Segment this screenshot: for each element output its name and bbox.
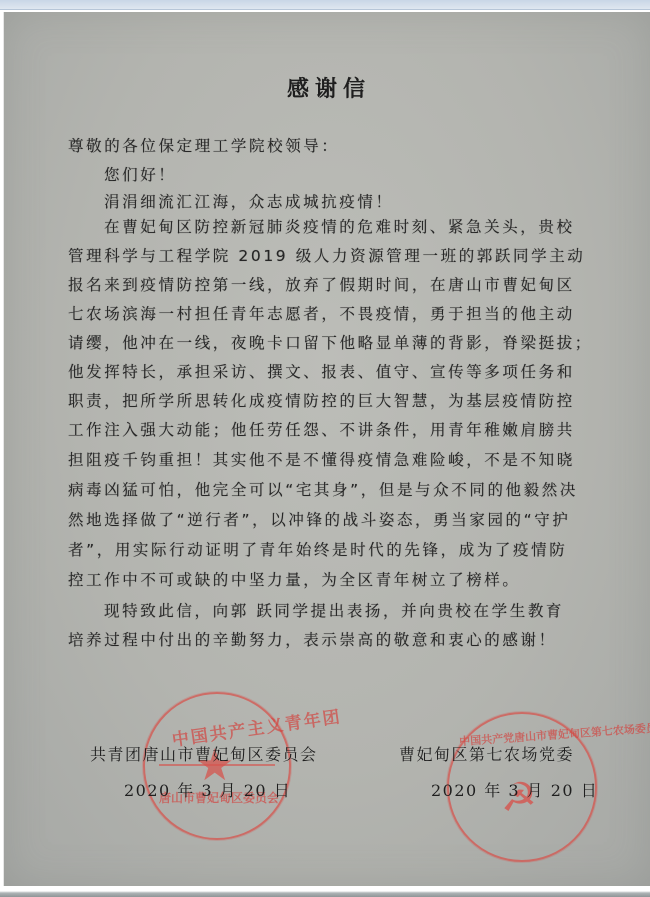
- body-line: 请缨，他冲在一线，夜晚卡口留下他略显单薄的背影，脊梁挺拔；: [68, 331, 593, 353]
- greeting: 您们好！: [104, 163, 176, 185]
- signature-organization-1: 共青团唐山市曹妃甸区委员会: [90, 742, 318, 765]
- letter-photo: 感谢信 尊敬的各位保定理工学院校领导： 您们好！ 涓涓细流汇江海，众志成城抗疫情…: [3, 12, 650, 886]
- window-top-bar: [0, 0, 650, 10]
- letter-title: 感谢信: [4, 72, 650, 103]
- body-line: 病毒凶猛可怕，他完全可以“宅其身”，但是与众不同的他毅然决: [68, 478, 578, 500]
- body-line: 管理科学与工程学院 2019 级人力资源管理一班的郭跃同学主动: [68, 244, 585, 266]
- slogan: 涓涓细流汇江海，众志成城抗疫情！: [104, 190, 394, 212]
- body-line: 在曹妃甸区防控新冠肺炎疫情的危难时刻、紧急关头，贵校: [104, 215, 575, 237]
- signature-date-2: 2020 年 3 月 20 日: [431, 778, 598, 801]
- body-line: 工作注入强大动能；他任劳任怨、不讲条件，用青年稚嫩肩膀共: [68, 418, 575, 440]
- body-line: 担阻疫千钧重担！其实他不是不懂得疫情急难险峻，不是不知晓: [68, 448, 575, 470]
- body-line: 报名来到疫情防控第一线，放弃了假期时间，在唐山市曹妃甸区: [68, 273, 575, 295]
- signature-organization-2: 曹妃甸区第七农场党委: [399, 742, 574, 765]
- body-line: 他发挥特长，承担采访、撰文、报表、值守、宣传等多项任务和: [68, 360, 575, 382]
- body-line: 控工作中不可或缺的中坚力量，为全区青年树立了榜样。: [68, 568, 521, 590]
- window-bottom-bar: [0, 887, 650, 897]
- youth-league-seal: 中国共产主义青年团 ★ 唐山市曹妃甸区委员会: [143, 692, 291, 840]
- body-line: 者”，用实际行动证明了青年始终是时代的先锋，成为了疫情防: [68, 538, 567, 560]
- closing-line: 现特致此信，向郭 跃同学提出表扬，并向贵校在学生教育: [104, 599, 564, 621]
- body-line: 然地选择做了“逆行者”，以冲锋的战斗姿态，勇当家园的“守护: [68, 508, 571, 530]
- body-line: 职责，把所学所思转化成疫情防控的巨大智慧，为基层疫情防控: [68, 389, 575, 411]
- closing-line: 培养过程中付出的辛勤努力，表示崇高的敬意和衷心的感谢！: [68, 628, 557, 650]
- salutation: 尊敬的各位保定理工学院校领导：: [68, 134, 340, 156]
- body-line: 七农场滨海一村担任青年志愿者，不畏疫情，勇于担当的他主动: [68, 302, 575, 324]
- signature-date-1: 2020 年 3 月 20 日: [124, 778, 291, 801]
